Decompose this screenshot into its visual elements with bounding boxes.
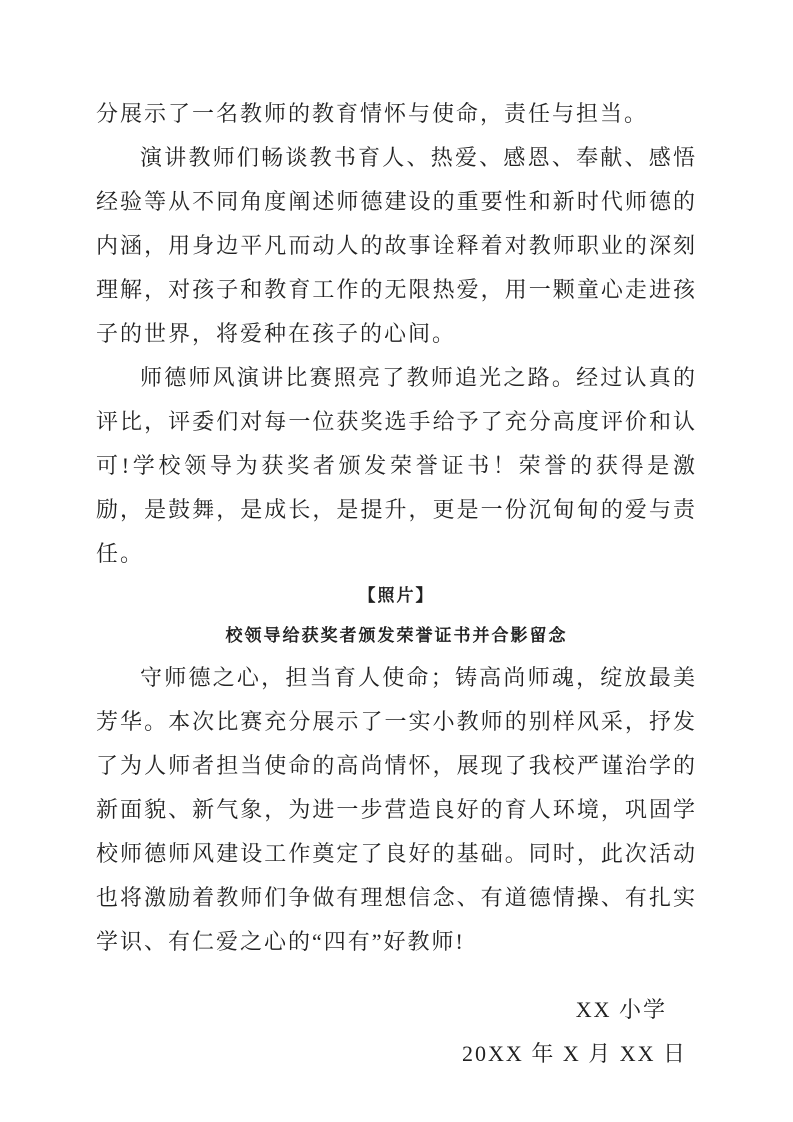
paragraph-award-ceremony: 师德师风演讲比赛照亮了教师追光之路。经过认真的评比，评委们对每一位获奖选手给予了…: [96, 356, 697, 576]
photo-placeholder: 【照片】: [96, 576, 697, 616]
paragraph-closing: 守师德之心，担当育人使命；铸高尚师魂，绽放最美芳华。本次比赛充分展示了一实小教师…: [96, 656, 697, 964]
paragraph-speech-content: 演讲教师们畅谈教书育人、热爱、感恩、奉献、感悟经验等从不同角度阐述师德建设的重要…: [96, 136, 697, 356]
signature-block: XX 小学 20XX 年 X 月 XX 日: [96, 988, 697, 1076]
photo-caption: 校领导给获奖者颁发荣誉证书并合影留念: [96, 616, 697, 656]
paragraph-continuation: 分展示了一名教师的教育情怀与使命，责任与担当。: [96, 92, 697, 136]
signature-school-name: XX 小学: [96, 988, 697, 1032]
signature-date: 20XX 年 X 月 XX 日: [96, 1032, 697, 1076]
document-page: 分展示了一名教师的教育情怀与使命，责任与担当。 演讲教师们畅谈教书育人、热爱、感…: [0, 0, 793, 1122]
